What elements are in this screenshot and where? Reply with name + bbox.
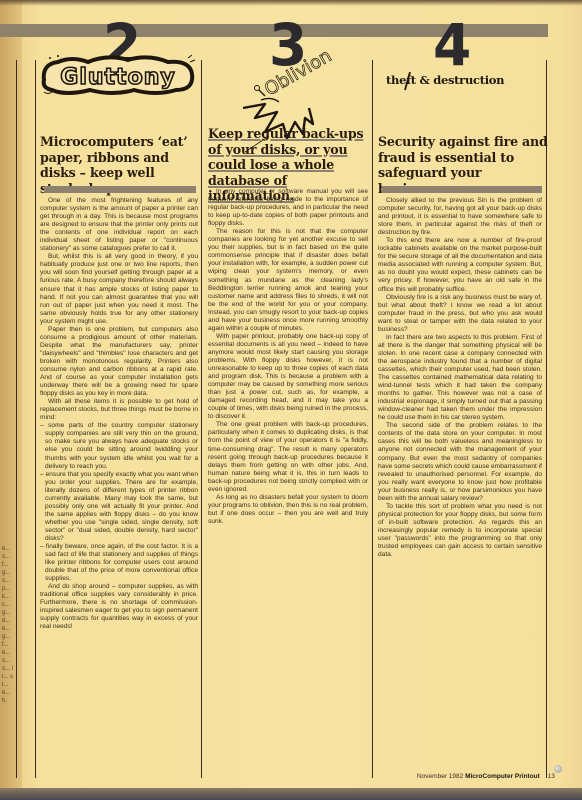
list-item: – finally beware, once again, of the cos… [40,543,198,583]
paragraph: In any computer or software manual you w… [208,188,368,228]
paragraph: Obviously fire is a risk any business mu… [378,294,542,334]
paragraph: In fact there are two aspects to this pr… [378,334,542,423]
column-rule [16,60,17,778]
scan-bottom-edge [0,788,582,800]
page-number: 13 [548,773,555,780]
paragraph: To tackle this sort of problem what you … [378,503,542,559]
svg-text:Gluttony: Gluttony [60,65,175,90]
list-item: – some parts of the country computer sta… [40,422,198,470]
stencil-lettering-icon: theft & destruction [386,68,536,92]
article-body: In any computer or software manual you w… [208,188,368,526]
section-number: 4 [433,20,471,70]
column-rule [35,60,36,778]
magazine-page: e... s... f... g... s... p... k... c... … [0,0,582,800]
paragraph: With all these items it is possible to g… [40,398,198,422]
paragraph: The one great problem with back-up proce… [208,421,368,493]
previous-page-text-fragment: e... s... f... g... s... p... k... c... … [2,545,14,705]
list-item: – ensure that you specify exactly what y… [40,471,198,543]
paragraph: To this end there are now a number of fi… [378,237,542,293]
divider-bar [382,186,542,193]
svg-text:Oblivion: Oblivion [261,45,335,100]
paragraph: With paper printout, probably one back-u… [208,333,368,422]
paragraph: But, whilst this is all very good in the… [40,253,198,325]
staple-hole-icon [554,765,562,773]
paragraph: Closely allied to the previous Sin is th… [378,197,542,237]
article-body: Closely allied to the previous Sin is th… [378,197,542,559]
page-footer: November 1982 MicroComputer Printout 13 [417,773,555,780]
graffiti-bubble-letters-icon: Gluttony [38,50,198,98]
article-body: One of the most frightening features of … [40,197,198,632]
scan-top-shadow [0,0,582,6]
svg-text:theft & destruction: theft & destruction [386,73,505,87]
paragraph: The second side of the problem relates t… [378,422,542,502]
magazine-title: MicroComputer Printout [465,773,540,780]
paragraph: And do shop around – computer supplies, … [40,583,198,631]
paragraph: As long as no disasters befall your syst… [208,494,368,526]
paragraph: One of the most frightening features of … [40,197,198,253]
paragraph: Paper then is one problem, but computers… [40,326,198,398]
column-rule [372,60,373,778]
divider-bar [44,186,196,193]
issue-date: November 1982 [417,773,463,780]
paragraph: The reason for this is not that the comp… [208,228,368,333]
